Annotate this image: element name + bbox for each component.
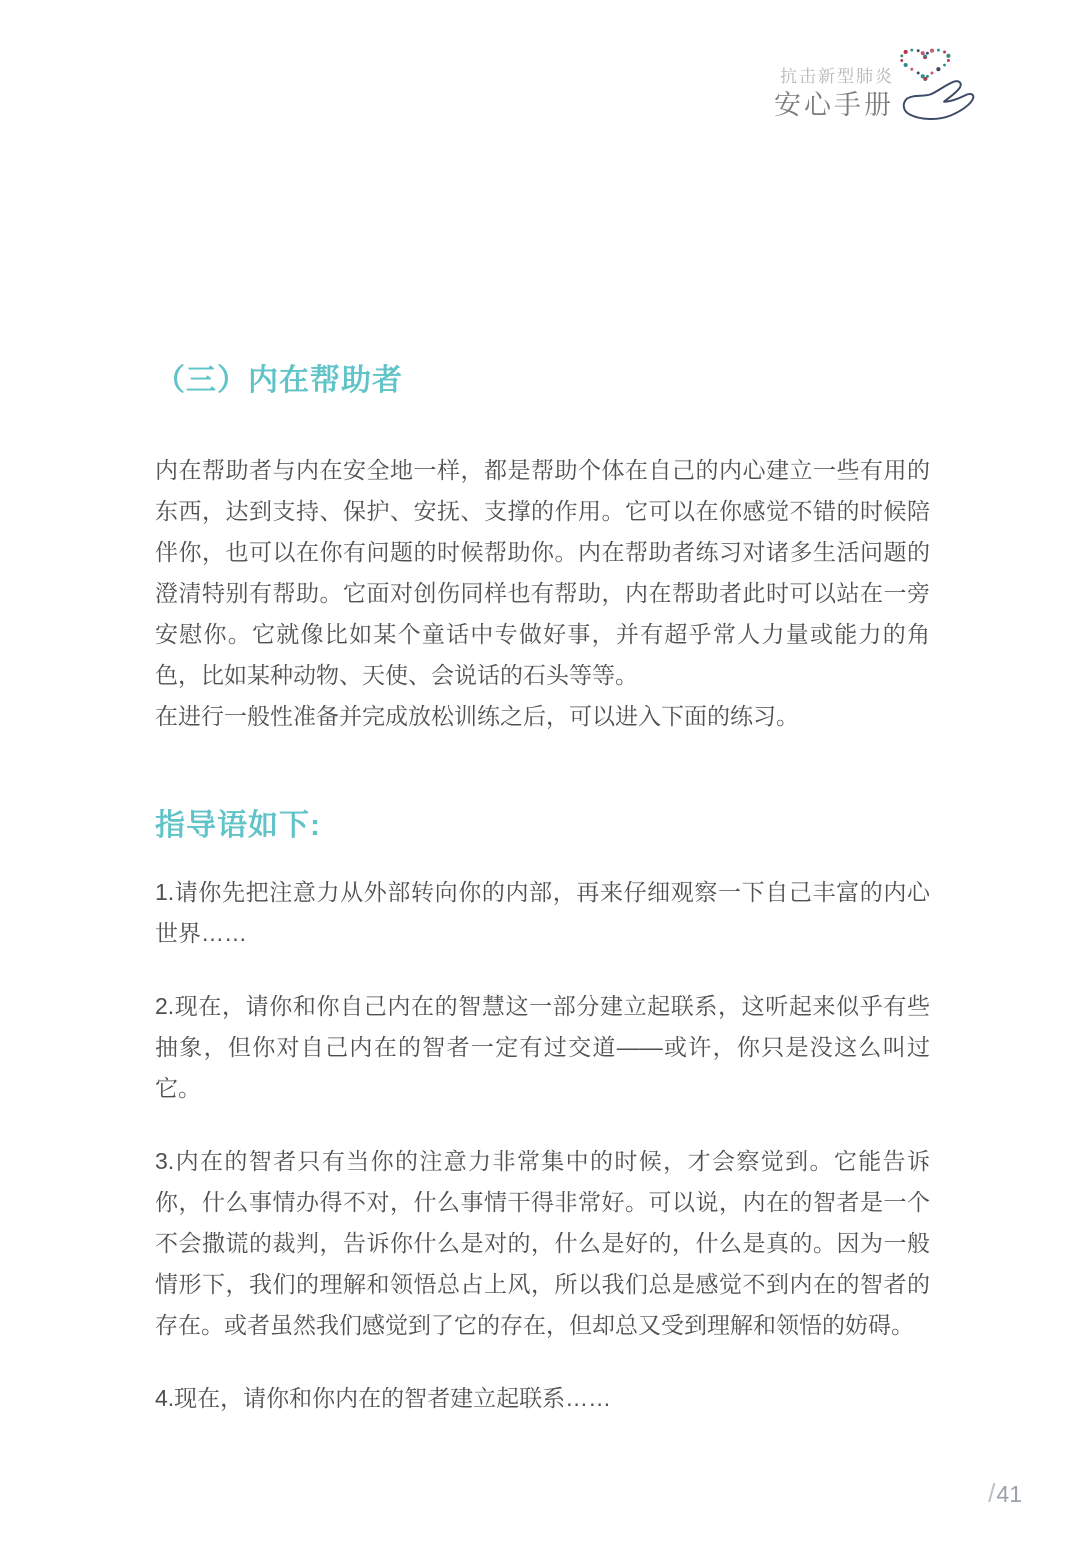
handbook-page: 抗击新型肺炎 安心手册 （三）内在帮助者 内在帮助者与内在安全地一样，都是帮助个…	[0, 0, 1080, 1560]
page-number: /41	[988, 1478, 1022, 1509]
sub-heading: 指导语如下:	[155, 800, 321, 844]
section-heading: （三）内在帮助者	[155, 355, 403, 399]
page-number-slash: /	[988, 1478, 995, 1508]
intro-paragraph: 在进行一般性准备并完成放松训练之后，可以进入下面的练习。	[155, 696, 930, 737]
instruction-item-2: 2.现在，请你和你自己内在的智慧这一部分建立起联系，这听起来似乎有些抽象，但你对…	[155, 986, 930, 1109]
instructions-list: 1.请你先把注意力从外部转向你的内部，再来仔细观察一下自己丰富的内心世界…… 2…	[155, 872, 930, 1419]
instruction-item-1: 1.请你先把注意力从外部转向你的内部，再来仔细观察一下自己丰富的内心世界……	[155, 872, 930, 954]
logo-title: 安心手册	[774, 88, 894, 122]
page-number-value: 41	[996, 1481, 1022, 1507]
logo-text-block: 抗击新型肺炎 安心手册	[774, 66, 894, 126]
flower-heart-icon	[900, 49, 950, 81]
instruction-item-3: 3.内在的智者只有当你的注意力非常集中的时候，才会察觉到。它能告诉你，什么事情办…	[155, 1141, 930, 1346]
instruction-item-4: 4.现在，请你和你内在的智者建立起联系……	[155, 1378, 930, 1419]
hand-outline-icon	[904, 81, 974, 119]
intro-paragraph: 内在帮助者与内在安全地一样，都是帮助个体在自己的内心建立一些有用的东西，达到支持…	[155, 450, 930, 696]
header-logo: 抗击新型肺炎 安心手册	[774, 44, 980, 126]
heart-in-hand-icon	[896, 44, 980, 126]
logo-tagline: 抗击新型肺炎	[774, 66, 894, 88]
intro-block: 内在帮助者与内在安全地一样，都是帮助个体在自己的内心建立一些有用的东西，达到支持…	[155, 450, 930, 737]
